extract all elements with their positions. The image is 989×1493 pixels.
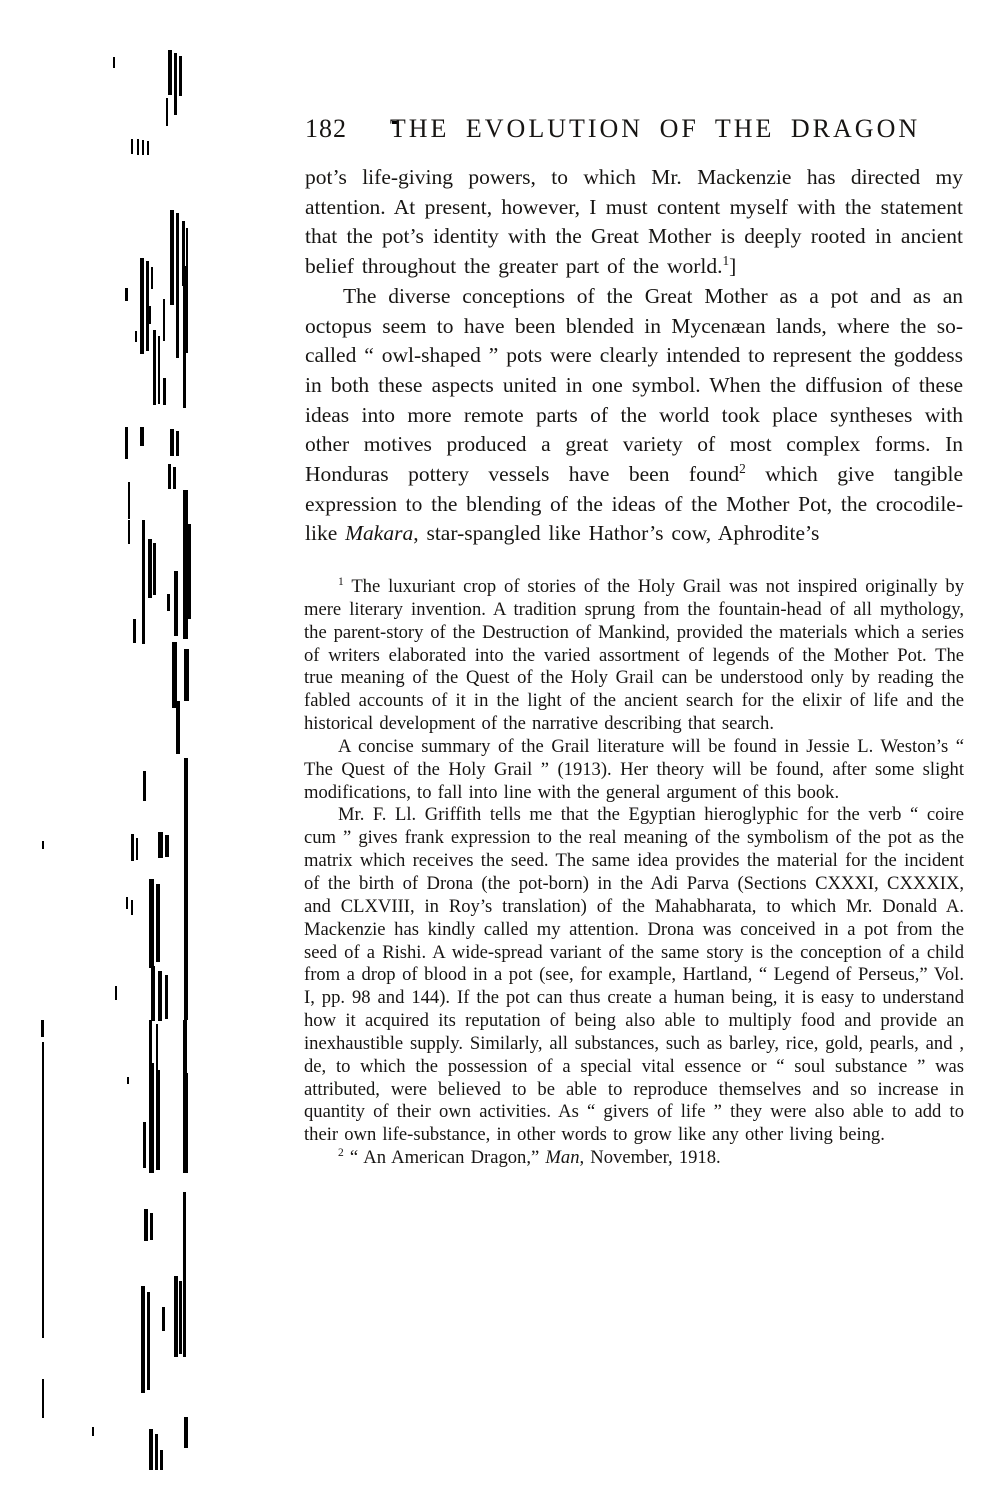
scan-artifact bbox=[127, 1077, 129, 1084]
scan-artifact bbox=[156, 1024, 158, 1072]
scan-artifact bbox=[143, 1122, 146, 1168]
running-head: 182 THE EVOLUTION OF THE DRAGON bbox=[305, 114, 963, 144]
scan-artifact bbox=[172, 642, 177, 708]
scan-artifact bbox=[168, 50, 172, 95]
scan-artifact bbox=[151, 267, 153, 289]
book-page-scan: 182 THE EVOLUTION OF THE DRAGON pot’s li… bbox=[0, 0, 989, 1493]
scan-artifact bbox=[149, 879, 154, 968]
scan-artifact bbox=[149, 1063, 154, 1173]
scan-artifact bbox=[163, 378, 166, 405]
scan-artifact bbox=[174, 53, 177, 115]
scan-artifact bbox=[153, 330, 156, 405]
scan-artifact bbox=[167, 594, 170, 611]
scan-artifact bbox=[156, 884, 160, 962]
scan-artifact bbox=[184, 1417, 188, 1448]
scan-artifact bbox=[168, 464, 171, 489]
scan-artifact bbox=[176, 213, 179, 358]
scan-artifact bbox=[92, 1427, 94, 1436]
scan-artifact bbox=[131, 139, 133, 154]
scan-artifact bbox=[174, 571, 178, 636]
scan-artifact bbox=[153, 543, 156, 595]
scan-artifact bbox=[142, 140, 144, 155]
scan-artifact bbox=[148, 539, 152, 598]
scan-artifact bbox=[131, 834, 134, 861]
scan-artifact bbox=[188, 524, 191, 619]
scan-artifact bbox=[147, 141, 149, 155]
scan-artifact bbox=[42, 1379, 44, 1418]
scan-artifact bbox=[144, 1209, 148, 1241]
scan-artifact bbox=[113, 57, 115, 68]
scan-artifact bbox=[166, 98, 168, 126]
scan-artifact bbox=[174, 1276, 178, 1357]
scan-artifact bbox=[128, 482, 130, 519]
scan-artifact bbox=[151, 966, 155, 1021]
footnote-paragraph: A concise summary of the Grail literatur… bbox=[304, 736, 964, 805]
scan-artifact bbox=[136, 838, 138, 860]
scan-artifact bbox=[140, 258, 144, 354]
footnote-marker: 2 bbox=[739, 461, 746, 476]
scan-artifact bbox=[140, 427, 144, 446]
scan-artifact bbox=[186, 228, 188, 353]
scan-artifact bbox=[170, 429, 174, 456]
scan-artifact bbox=[142, 520, 145, 644]
scan-artifact bbox=[137, 139, 139, 155]
scan-artifact bbox=[128, 520, 130, 544]
scan-artifact bbox=[158, 832, 163, 858]
scan-artifact bbox=[183, 1073, 188, 1173]
scan-artifact bbox=[163, 299, 165, 341]
scan-artifact bbox=[183, 1192, 186, 1357]
footnote-paragraph: Mr. F. Ll. Griffith tells me that the Eg… bbox=[304, 804, 964, 1147]
scan-artifact bbox=[173, 467, 176, 489]
scan-artifact bbox=[183, 1020, 187, 1074]
body-paragraph: pot’s life-giving powers, to which Mr. M… bbox=[305, 163, 963, 282]
scan-artifact bbox=[184, 952, 188, 1020]
scan-artifact bbox=[184, 649, 189, 701]
footnote-paragraph: 2 “ An American Dragon,” Man, November, … bbox=[304, 1147, 964, 1170]
scan-artifact bbox=[165, 975, 168, 1019]
running-title: THE EVOLUTION OF THE DRAGON bbox=[347, 114, 963, 144]
scan-artifact bbox=[41, 1020, 44, 1037]
scan-artifact bbox=[147, 1292, 150, 1390]
page-number: 182 bbox=[305, 114, 347, 144]
scan-artifact bbox=[170, 210, 174, 305]
scan-artifact bbox=[160, 1450, 163, 1470]
scan-artifact bbox=[183, 266, 186, 408]
scan-artifact bbox=[155, 1434, 158, 1470]
scan-artifact bbox=[158, 336, 160, 404]
scan-artifact bbox=[149, 1429, 153, 1470]
body-paragraph: The diverse conceptions of the Great Mot… bbox=[305, 282, 963, 549]
scan-artifact bbox=[176, 431, 179, 456]
scan-artifact bbox=[143, 771, 146, 801]
scan-artifact bbox=[115, 986, 117, 1000]
scan-artifact bbox=[148, 306, 151, 324]
scan-artifact bbox=[141, 1286, 145, 1393]
scan-artifact bbox=[126, 897, 128, 909]
scan-artifact bbox=[125, 288, 128, 301]
scan-artifact bbox=[179, 56, 182, 96]
scan-artifact bbox=[162, 1307, 165, 1331]
scan-artifact bbox=[135, 331, 137, 342]
scan-artifact bbox=[156, 1070, 160, 1170]
footnote-paragraph: 1 The luxuriant crop of stories of the H… bbox=[304, 576, 964, 736]
scan-artifact bbox=[42, 841, 44, 849]
scan-artifact bbox=[150, 1213, 153, 1240]
scan-artifact bbox=[176, 701, 180, 754]
scan-artifact bbox=[158, 971, 162, 1021]
scan-artifact bbox=[131, 900, 133, 915]
scan-artifact bbox=[184, 758, 188, 954]
scan-artifact bbox=[42, 1042, 44, 1338]
scan-artifact bbox=[125, 427, 128, 459]
scan-artifact bbox=[165, 835, 169, 857]
scan-artifact bbox=[133, 619, 136, 643]
scan-artifact bbox=[179, 1281, 182, 1354]
body-text: pot’s life-giving powers, to which Mr. M… bbox=[305, 163, 963, 549]
footnotes: 1 The luxuriant crop of stories of the H… bbox=[304, 576, 964, 1170]
